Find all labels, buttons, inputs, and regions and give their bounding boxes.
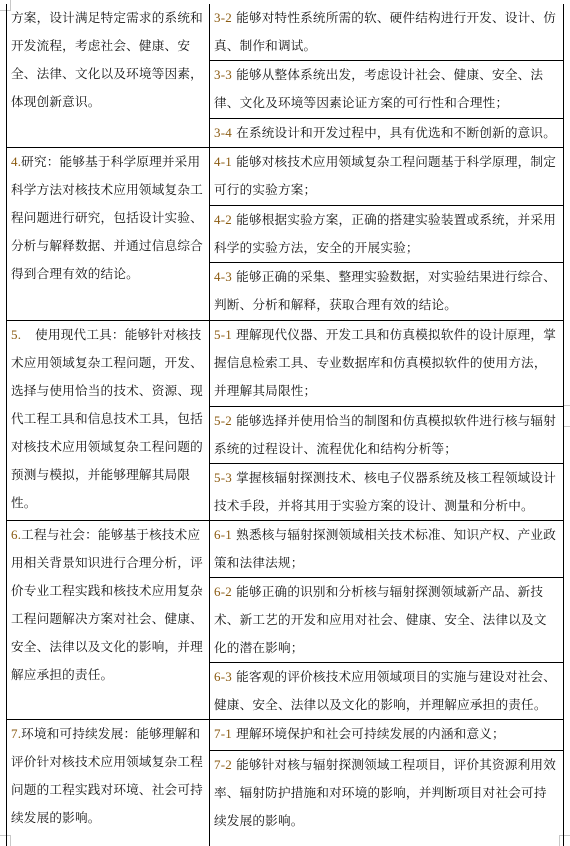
indicator-cell: 7-2 能够针对核与辐射探测领域工程项目，评价其资源利用效率、辐射防护措施和对环…: [210, 751, 564, 846]
table-row: 方案，设计满足特定需求的系统和开发流程，考虑社会、健康、安全、法律、文化以及环境…: [7, 4, 564, 61]
indicator-id: 5-3: [214, 470, 232, 485]
requirement-cell: 4.研究：能够基于科学原理并采用科学方法对核技术应用领域复杂工程问题进行研究，包…: [7, 148, 210, 321]
indicator-text: 能够正确的识别和分析核与辐射探测领域新产品、新技术、新工艺的开发和应用对社会、健…: [214, 584, 547, 655]
indicator-cell: 3-2 能够对特性系统所需的软、硬件结构进行开发、设计、仿真、制作和调试。: [210, 4, 564, 61]
requirement-text: 方案，设计满足特定需求的系统和开发流程，考虑社会、健康、安全、法律、文化以及环境…: [11, 10, 203, 109]
indicator-id: 4-1: [214, 154, 232, 169]
indicator-text: 能够从整体系统出发，考虑设计社会、健康、安全、法律、文化及环境等因素论证方案的可…: [214, 67, 543, 110]
indicator-cell: 6-1 熟悉核与辐射探测领域相关技术标准、知识产权、产业政策和法律法规；: [210, 521, 564, 578]
requirement-number: 4.: [11, 154, 21, 169]
indicator-text: 在系统设计和开发过程中，具有优选和不断创新的意识。: [236, 125, 556, 140]
requirement-number: 7.: [11, 726, 21, 741]
requirement-cell: 6.工程与社会：能够基于核技术应用相关背景知识进行合理分析，评价专业工程实践和核…: [7, 521, 210, 720]
indicator-text: 熟悉核与辐射探测领域相关技术标准、知识产权、产业政策和法律法规；: [214, 527, 556, 570]
indicator-id: 6-3: [214, 669, 232, 684]
requirement-text: 环境和可持续发展：能够理解和评价针对核技术应用领域复杂工程问题的工程实践对环境、…: [11, 726, 203, 825]
indicator-cell: 3-3 能够从整体系统出发，考虑设计社会、健康、安全、法律、文化及环境等因素论证…: [210, 61, 564, 119]
indicator-text: 能够选择并使用恰当的制图和仿真模拟软件进行核与辐射系统的过程设计、流程优化和结构…: [214, 413, 556, 456]
requirement-text: 工程与社会：能够基于核技术应用相关背景知识进行合理分析，评价专业工程实践和核技术…: [11, 527, 203, 682]
indicator-id: 4-3: [214, 269, 232, 284]
indicator-cell: 5-2 能够选择并使用恰当的制图和仿真模拟软件进行核与辐射系统的过程设计、流程优…: [210, 407, 564, 464]
indicator-id: 4-2: [214, 212, 232, 227]
indicator-id: 5-2: [214, 413, 232, 428]
indicator-id: 5-1: [214, 327, 232, 342]
indicator-cell: 5-1 理解现代仪器、开发工具和仿真模拟软件的设计原理，掌握信息检索工具、专业数…: [210, 321, 564, 407]
indicator-id: 7-2: [214, 757, 232, 772]
indicator-id: 3-2: [214, 10, 232, 25]
indicator-id: 3-3: [214, 67, 232, 82]
indicator-text: 能够对特性系统所需的软、硬件结构进行开发、设计、仿真、制作和调试。: [214, 10, 556, 53]
indicator-cell: 4-2 能够根据实验方案，正确的搭建实验装置或系统，并采用科学的实验方法，安全的…: [210, 206, 564, 263]
table-row: 4.研究：能够基于科学原理并采用科学方法对核技术应用领域复杂工程问题进行研究，包…: [7, 148, 564, 206]
indicator-cell: 6-2 能够正确的识别和分析核与辐射探测领域新产品、新技术、新工艺的开发和应用对…: [210, 578, 564, 663]
requirement-text: 使用现代工具：能够针对核技术应用领域复杂工程问题，开发、选择与使用恰当的技术、资…: [11, 327, 203, 510]
indicator-text: 理解环境保护和社会可持续发展的内涵和意义；: [236, 726, 505, 741]
indicator-cell: 3-4 在系统设计和开发过程中，具有优选和不断创新的意识。: [210, 119, 564, 148]
requirement-cell: 5.使用现代工具：能够针对核技术应用领域复杂工程问题，开发、选择与使用恰当的技术…: [7, 321, 210, 521]
requirement-cell: 7.环境和可持续发展：能够理解和评价针对核技术应用领域复杂工程问题的工程实践对环…: [7, 720, 210, 846]
table-row: 6.工程与社会：能够基于核技术应用相关背景知识进行合理分析，评价专业工程实践和核…: [7, 521, 564, 578]
indicator-cell: 4-3 能够正确的采集、整理实验数据，对实验结果进行综合、判断、分析和解释，获取…: [210, 263, 564, 321]
indicator-id: 6-2: [214, 584, 232, 599]
indicator-text: 能客观的评价核技术应用领域项目的实施与建设对社会、健康、安全、法律以及文化的影响…: [214, 669, 556, 712]
indicator-text: 能够根据实验方案，正确的搭建实验装置或系统，并采用科学的实验方法，安全的开展实验…: [214, 212, 556, 255]
indicator-text: 能够正确的采集、整理实验数据，对实验结果进行综合、判断、分析和解释，获取合理有效…: [214, 269, 556, 312]
requirement-cell: 方案，设计满足特定需求的系统和开发流程，考虑社会、健康、安全、法律、文化以及环境…: [7, 4, 210, 148]
page-side-mark: [563, 405, 570, 427]
table-row: 7.环境和可持续发展：能够理解和评价针对核技术应用领域复杂工程问题的工程实践对环…: [7, 720, 564, 751]
indicator-text: 理解现代仪器、开发工具和仿真模拟软件的设计原理，掌握信息检索工具、专业数据库和仿…: [214, 327, 556, 398]
graduation-requirements-table: 方案，设计满足特定需求的系统和开发流程，考虑社会、健康、安全、法律、文化以及环境…: [6, 4, 564, 846]
indicator-text: 能够对核技术应用领域复杂工程问题基于科学原理，制定可行的实验方案；: [214, 154, 556, 197]
indicator-text: 能够针对核与辐射探测领域工程项目，评价其资源利用效率、辐射防护措施和对环境的影响…: [214, 757, 556, 828]
requirement-number: 5.: [11, 327, 21, 342]
requirement-text: 研究：能够基于科学原理并采用科学方法对核技术应用领域复杂工程问题进行研究，包括设…: [11, 154, 203, 281]
indicator-id: 6-1: [214, 527, 232, 542]
indicator-id: 7-1: [214, 726, 232, 741]
indicator-id: 3-4: [214, 125, 232, 140]
indicator-cell: 5-3 掌握核辐射探测技术、核电子仪器系统及核工程领域设计技术手段，并将其用于实…: [210, 464, 564, 521]
indicator-cell: 4-1 能够对核技术应用领域复杂工程问题基于科学原理，制定可行的实验方案；: [210, 148, 564, 206]
indicator-cell: 7-1 理解环境保护和社会可持续发展的内涵和意义；: [210, 720, 564, 751]
table-row: 5.使用现代工具：能够针对核技术应用领域复杂工程问题，开发、选择与使用恰当的技术…: [7, 321, 564, 407]
indicator-cell: 6-3 能客观的评价核技术应用领域项目的实施与建设对社会、健康、安全、法律以及文…: [210, 663, 564, 720]
requirement-number: 6.: [11, 527, 21, 542]
indicator-text: 掌握核辐射探测技术、核电子仪器系统及核工程领域设计技术手段，并将其用于实验方案的…: [214, 470, 556, 513]
